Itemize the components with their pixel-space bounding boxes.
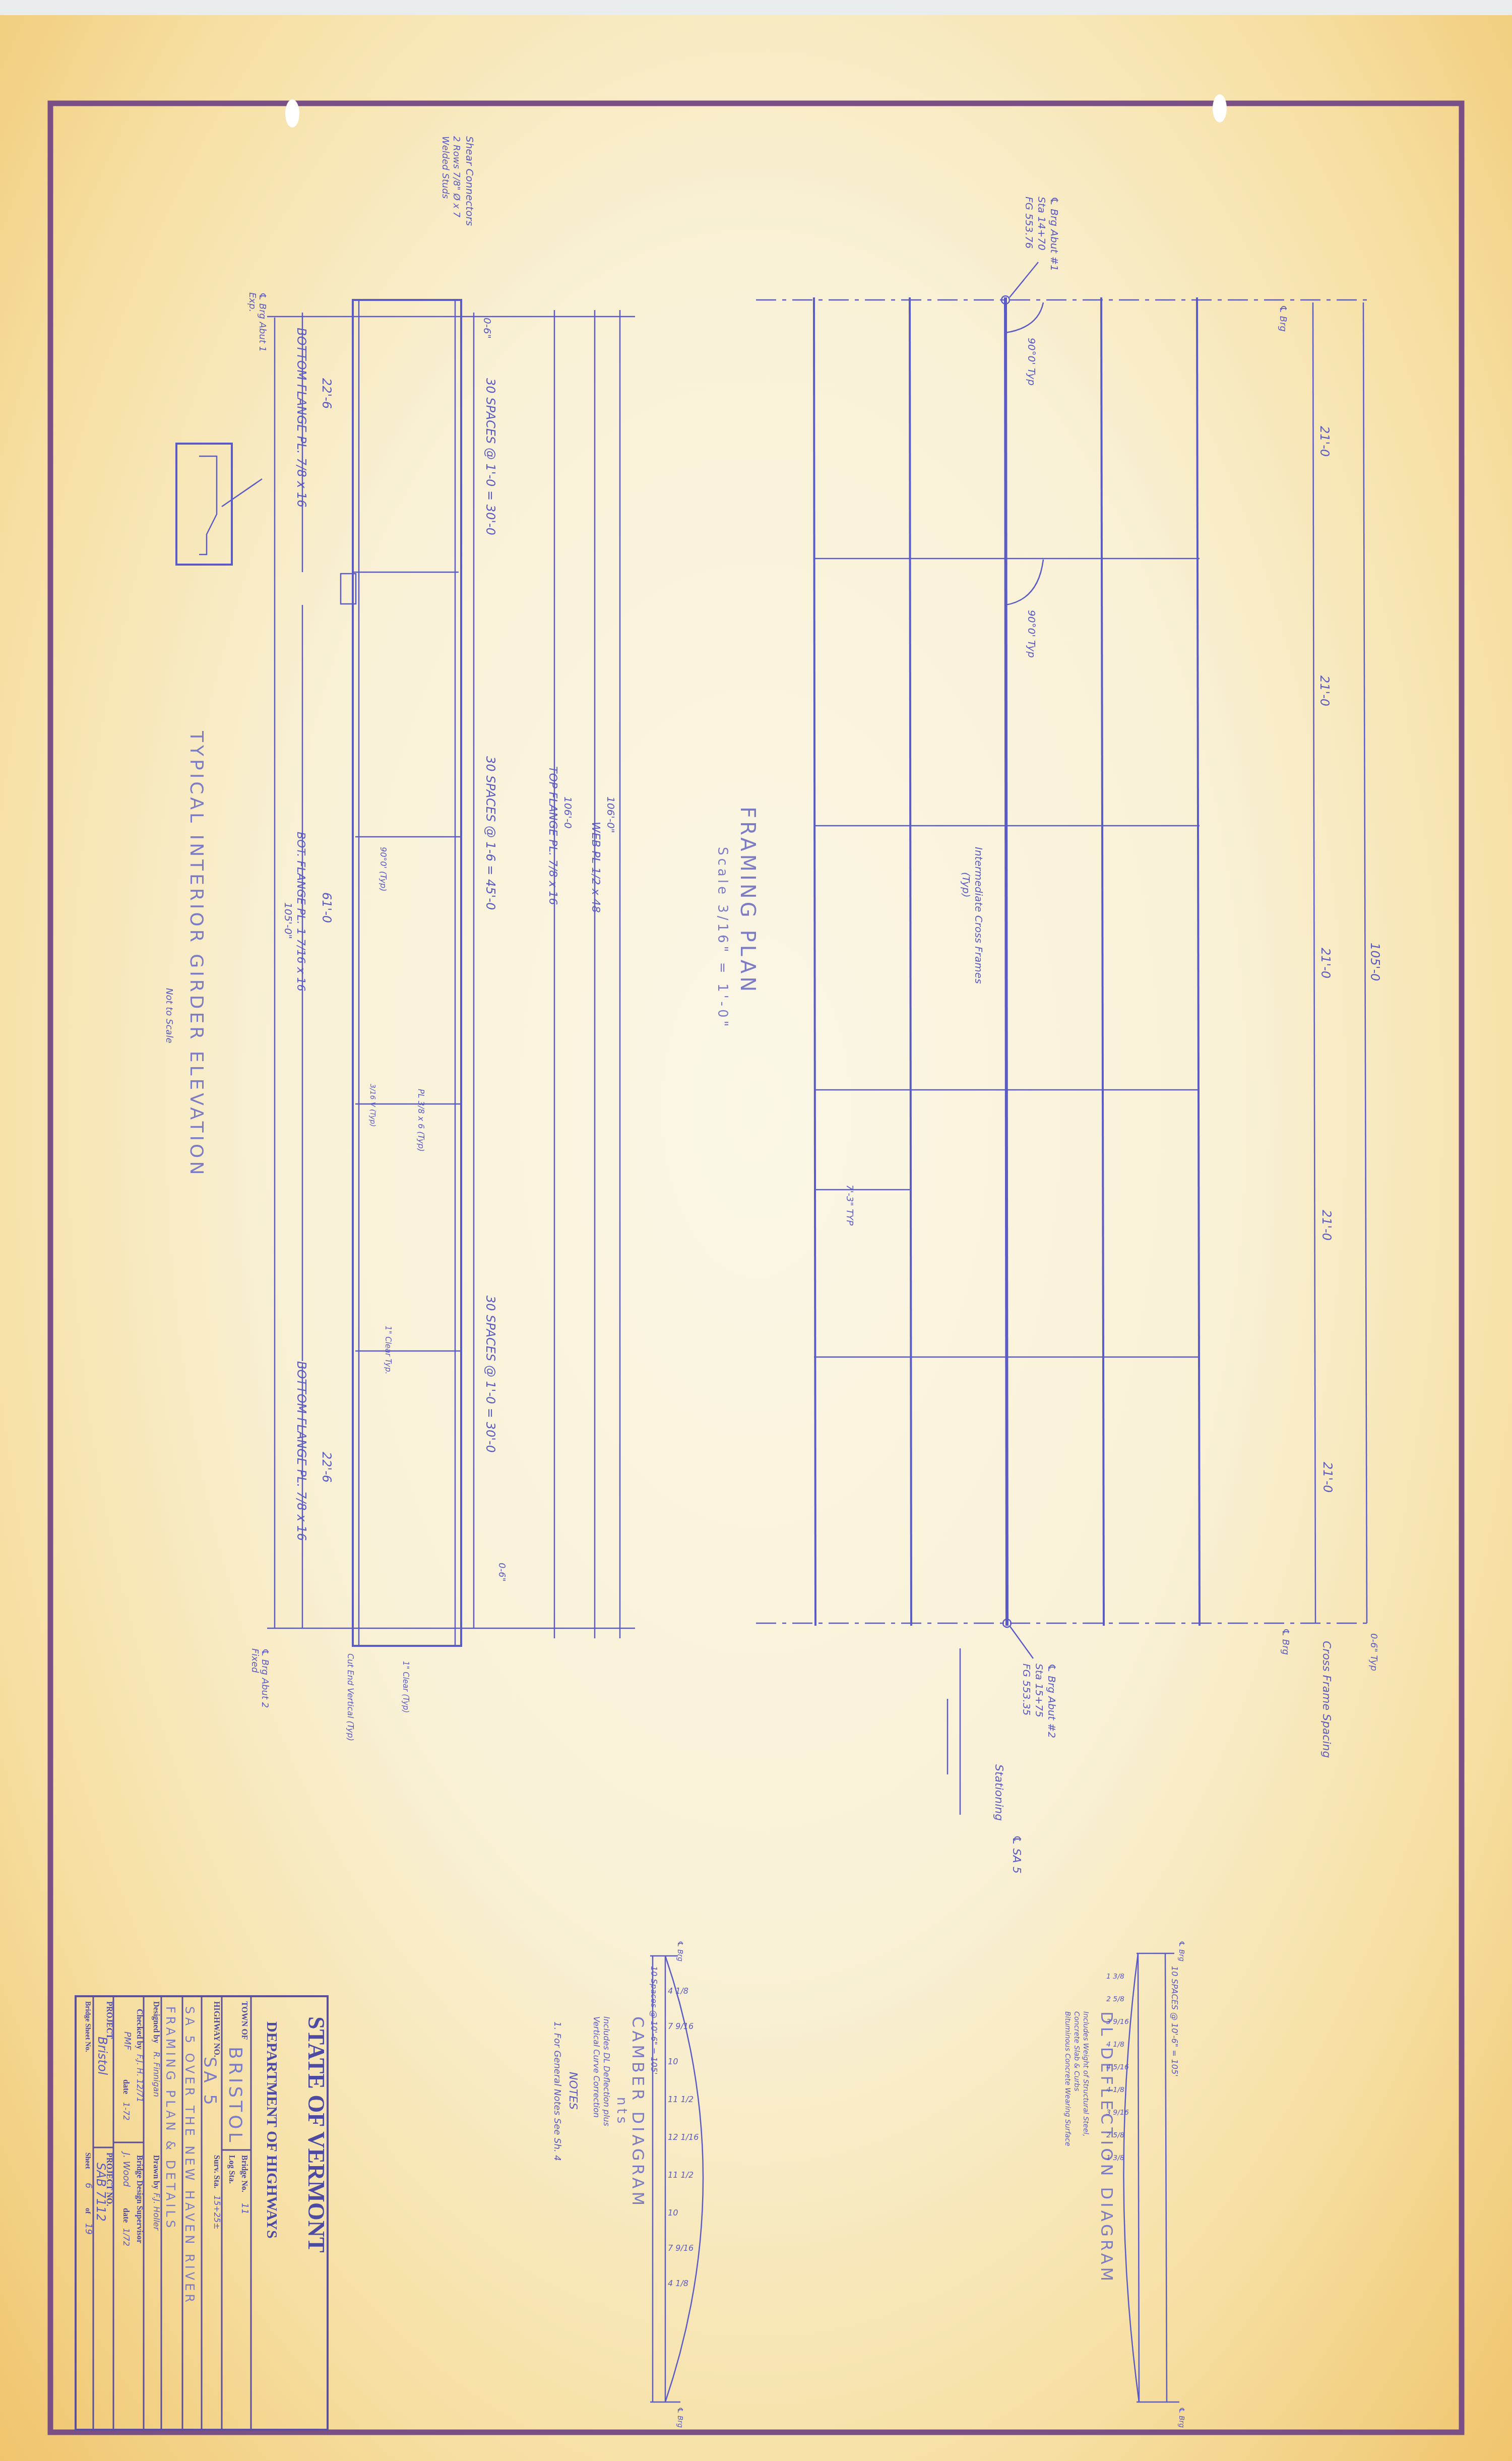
svg-text:1" Clear Typ.: 1" Clear Typ.	[384, 1326, 393, 1374]
svg-text:Includes Weight of Structural: Includes Weight of Structural Steel,	[1082, 2011, 1090, 2136]
svg-text:106'-0": 106'-0"	[605, 796, 617, 833]
svg-text:90°0' Typ: 90°0' Typ	[1026, 610, 1038, 658]
sheet-total-value: 19	[83, 2223, 94, 2235]
town-value: BRISTOL	[225, 2047, 245, 2145]
svg-text:30 SPACES @ 1'-0 = 30'-0: 30 SPACES @ 1'-0 = 30'-0	[483, 1296, 497, 1453]
svg-text:of: of	[84, 2208, 91, 2214]
svg-text:HIGHWAY NO.: HIGHWAY NO.	[212, 2001, 221, 2057]
svg-text:3 9/16: 3 9/16	[1106, 2018, 1129, 2026]
svg-text:30 SPACES @ 1-6 = 45'-0: 30 SPACES @ 1-6 = 45'-0	[483, 756, 497, 910]
svg-text:Sta 14+70: Sta 14+70	[1036, 197, 1048, 251]
svg-text:PMF: PMF	[122, 2032, 133, 2050]
notes-title: NOTES	[566, 2072, 579, 2110]
svg-text:4 5/16: 4 5/16	[1106, 2063, 1129, 2071]
flange-splice-detail	[176, 444, 232, 565]
svg-text:4 1/8: 4 1/8	[668, 2279, 688, 2288]
svg-text:1-72: 1-72	[121, 2102, 131, 2120]
svg-text:Not to Scale: Not to Scale	[164, 988, 174, 1043]
svg-text:90°0' Typ: 90°0' Typ	[1026, 338, 1038, 386]
svg-text:Cut End Vertical (Typ): Cut End Vertical (Typ)	[346, 1653, 355, 1741]
svg-text:22'-6: 22'-6	[320, 1452, 334, 1483]
svg-text:30 SPACES @ 1'-0 = 30'-0: 30 SPACES @ 1'-0 = 30'-0	[483, 378, 497, 535]
svg-text:TOWN OF: TOWN OF	[240, 2001, 248, 2040]
svg-text:Concrete Slab & Curbs: Concrete Slab & Curbs	[1073, 2011, 1081, 2091]
svg-text:Exp.: Exp.	[247, 292, 258, 312]
svg-text:22'-6: 22'-6	[320, 378, 334, 409]
svg-text:Cross Frame Spacing: Cross Frame Spacing	[1320, 1641, 1333, 1758]
svg-text:℄ Brg: ℄ Brg	[1278, 305, 1288, 332]
svg-text:Checked by: Checked by	[135, 2009, 144, 2049]
camber-ordinates: 4 1/8 7 9/16 10 11 1/2 12 1/16 11 1/2 10…	[668, 1986, 699, 2288]
svg-text:℄ Brg: ℄ Brg	[676, 2407, 684, 2428]
svg-text:BOTTOM FLANGE PL. 7/8 x 16: BOTTOM FLANGE PL. 7/8 x 16	[294, 328, 308, 508]
description-line-2: FRAMING PLAN & DETAILS	[163, 2006, 177, 2231]
svg-text:℄ Brg Abut #2: ℄ Brg Abut #2	[1046, 1664, 1058, 1738]
svg-text:90°0' (Typ): 90°0' (Typ)	[379, 847, 388, 892]
agency-title: STATE OF VERMONT	[303, 2016, 329, 2253]
svg-text:1 3/8: 1 3/8	[1106, 2154, 1124, 2162]
svg-text:nts: nts	[614, 2097, 629, 2126]
svg-text:Bituminous Concrete Wearing Su: Bituminous Concrete Wearing Surface	[1063, 2011, 1072, 2146]
svg-text:date: date	[121, 2208, 130, 2223]
designed-by-value: R. Finnigan	[152, 2052, 161, 2097]
svg-text:date: date	[121, 2079, 130, 2094]
svg-text:FG 553.76: FG 553.76	[1023, 197, 1035, 249]
svg-text:105'-0": 105'-0"	[282, 902, 294, 939]
svg-text:Surv. Sta.: Surv. Sta.	[212, 2155, 221, 2188]
svg-text:0-6" Typ: 0-6" Typ	[1368, 1633, 1379, 1671]
project-value: Bristol	[95, 2037, 109, 2075]
svg-text:℄ Brg: ℄ Brg	[1177, 2407, 1185, 2428]
svg-text:Log Sta.: Log Sta.	[227, 2155, 236, 2184]
bridge-no-value: 11	[239, 2203, 250, 2214]
svg-text:10 Spaces @ 10'-6" = 105': 10 Spaces @ 10'-6" = 105'	[649, 1966, 659, 2074]
svg-text:3/16 V (Typ): 3/16 V (Typ)	[368, 1084, 376, 1127]
svg-text:BOTTOM FLANGE PL. 7/8 x 16: BOTTOM FLANGE PL. 7/8 x 16	[294, 1361, 308, 1541]
drawn-by-value: F.J. Holler	[152, 2193, 161, 2231]
svg-text:4 1/8: 4 1/8	[668, 1986, 688, 1996]
checked-by-value: F.J. H. 12/71	[135, 2054, 145, 2102]
highway-value: SA 5	[200, 2057, 220, 2108]
svg-text:7 9/16: 7 9/16	[668, 2021, 694, 2031]
svg-text:℄ SA 5: ℄ SA 5	[1010, 1835, 1023, 1874]
svg-text:Scale 3/16" = 1'-0": Scale 3/16" = 1'-0"	[715, 847, 730, 1029]
surv-sta-value: 15+25±	[212, 2195, 222, 2230]
svg-text:1/72: 1/72	[121, 2228, 131, 2246]
svg-text:℄ Brg Abut 1: ℄ Brg Abut 1	[257, 292, 268, 352]
camber-diagram-title: CAMBER DIAGRAM	[628, 2016, 648, 2208]
svg-text:21'-0: 21'-0	[1317, 426, 1332, 457]
svg-text:Vertical Curve Correction: Vertical Curve Correction	[592, 2016, 601, 2118]
svg-text:4 1/8: 4 1/8	[1106, 2041, 1124, 2049]
deflection-ordinates: 1 3/8 2 5/8 3 9/16 4 1/8 4 5/16 4 1/8 3 …	[1106, 1973, 1129, 2162]
svg-text:(Typ): (Typ)	[960, 872, 972, 898]
girder-elevation-title: TYPICAL INTERIOR GIRDER ELEVATION	[186, 730, 207, 1178]
project-no-value: SAB 7112	[94, 2163, 108, 2222]
svg-text:10 SPACES @ 10'-6" = 105': 10 SPACES @ 10'-6" = 105'	[1170, 1966, 1179, 2077]
svg-text:Intermediate Cross Frames: Intermediate Cross Frames	[973, 847, 985, 984]
svg-text:21'-0: 21'-0	[1317, 675, 1332, 706]
svg-text:0-6": 0-6"	[481, 318, 493, 339]
svg-text:℄ Brg: ℄ Brg	[676, 1941, 684, 1961]
sheet-border	[50, 103, 1462, 2432]
svg-text:10: 10	[668, 2057, 678, 2066]
svg-text:7'-3" TYP: 7'-3" TYP	[844, 1185, 855, 1225]
framing-plan-title: FRAMING PLAN	[736, 807, 759, 995]
svg-text:J. Wood: J. Wood	[121, 2151, 132, 2187]
svg-text:106'-0: 106'-0	[562, 796, 574, 829]
svg-text:Shear Connectors: Shear Connectors	[464, 136, 476, 226]
svg-text:11 1/2: 11 1/2	[668, 2170, 694, 2180]
svg-text:21'-0: 21'-0	[1320, 1462, 1335, 1493]
svg-text:2 Rows 7/8" Ø x 7: 2 Rows 7/8" Ø x 7	[451, 136, 462, 218]
svg-text:℄ Brg: ℄ Brg	[1280, 1628, 1291, 1655]
punch-hole-left	[285, 99, 299, 128]
svg-text:4 1/8: 4 1/8	[1106, 2086, 1124, 2094]
sheet-no-value: 6	[83, 2183, 94, 2188]
note-item: 1. For General Notes See Sh. 4	[552, 2021, 562, 2161]
svg-text:Welded Studs: Welded Studs	[440, 136, 451, 199]
description-line-1: SA 5 OVER THE NEW HAVEN RIVER	[182, 2006, 197, 2305]
svg-text:℄ Brg Abut 2: ℄ Brg Abut 2	[260, 1648, 270, 1708]
svg-text:Stationing: Stationing	[992, 1764, 1005, 1821]
svg-text:Sta 15+75: Sta 15+75	[1033, 1664, 1045, 1717]
svg-text:TOP FLANGE PL. 7/8 x 16: TOP FLANGE PL. 7/8 x 16	[546, 766, 559, 905]
svg-text:21'-0: 21'-0	[1318, 948, 1333, 978]
deflection-diagram-title: DL DEFLECTION DIAGRAM	[1097, 2011, 1116, 2284]
svg-text:℄ Brg Abut #1: ℄ Brg Abut #1	[1048, 197, 1060, 271]
svg-text:℄ Brg: ℄ Brg	[1177, 1941, 1185, 1961]
svg-text:Bridge Sheet No.: Bridge Sheet No.	[84, 2001, 91, 2052]
svg-text:105'-0: 105'-0	[1368, 943, 1382, 981]
svg-text:1 3/8: 1 3/8	[1106, 1973, 1124, 1981]
svg-text:Bridge Design Supervisor: Bridge Design Supervisor	[135, 2155, 144, 2243]
department-title: DEPARTMENT OF HIGHWAYS	[264, 2021, 280, 2239]
svg-text:BOT. FLANGE PL. 1 7/16 x 16: BOT. FLANGE PL. 1 7/16 x 16	[294, 832, 307, 992]
svg-text:3 9/16: 3 9/16	[1106, 2109, 1129, 2117]
svg-text:2 5/8: 2 5/8	[1106, 2131, 1124, 2139]
svg-text:11 1/2: 11 1/2	[668, 2095, 694, 2104]
svg-text:7 9/16: 7 9/16	[668, 2243, 694, 2253]
svg-text:1" Clear (Typ): 1" Clear (Typ)	[401, 1661, 410, 1713]
svg-text:2 5/8: 2 5/8	[1106, 1995, 1124, 2003]
svg-text:PROJECT: PROJECT	[105, 2001, 113, 2039]
svg-text:Fixed: Fixed	[249, 1648, 260, 1673]
svg-text:Drawn by: Drawn by	[152, 2155, 160, 2189]
svg-text:Designed by: Designed by	[152, 2001, 160, 2043]
svg-text:FG 553.35: FG 553.35	[1021, 1664, 1033, 1715]
girder-elevation	[176, 300, 635, 1646]
svg-text:Bridge No.: Bridge No.	[240, 2155, 248, 2192]
svg-text:61'-0: 61'-0	[320, 892, 334, 923]
svg-text:Includes DL Deflection plus: Includes DL Deflection plus	[602, 2016, 611, 2126]
svg-text:0-6": 0-6"	[496, 1563, 507, 1582]
framing-plan	[756, 262, 1371, 1815]
drawing-canvas: STATE OF VERMONT DEPARTMENT OF HIGHWAYS …	[0, 0, 1512, 2461]
svg-text:Sheet: Sheet	[84, 2152, 91, 2169]
svg-text:12 1/16: 12 1/16	[668, 2132, 699, 2142]
punch-hole-right	[1213, 94, 1227, 122]
svg-text:WEB PL 1/2 x 48: WEB PL 1/2 x 48	[589, 822, 602, 913]
svg-text:21'-0: 21'-0	[1319, 1210, 1334, 1241]
svg-text:10: 10	[668, 2208, 678, 2218]
svg-text:PL 3/8 x 6 (Typ): PL 3/8 x 6 (Typ)	[416, 1089, 426, 1152]
